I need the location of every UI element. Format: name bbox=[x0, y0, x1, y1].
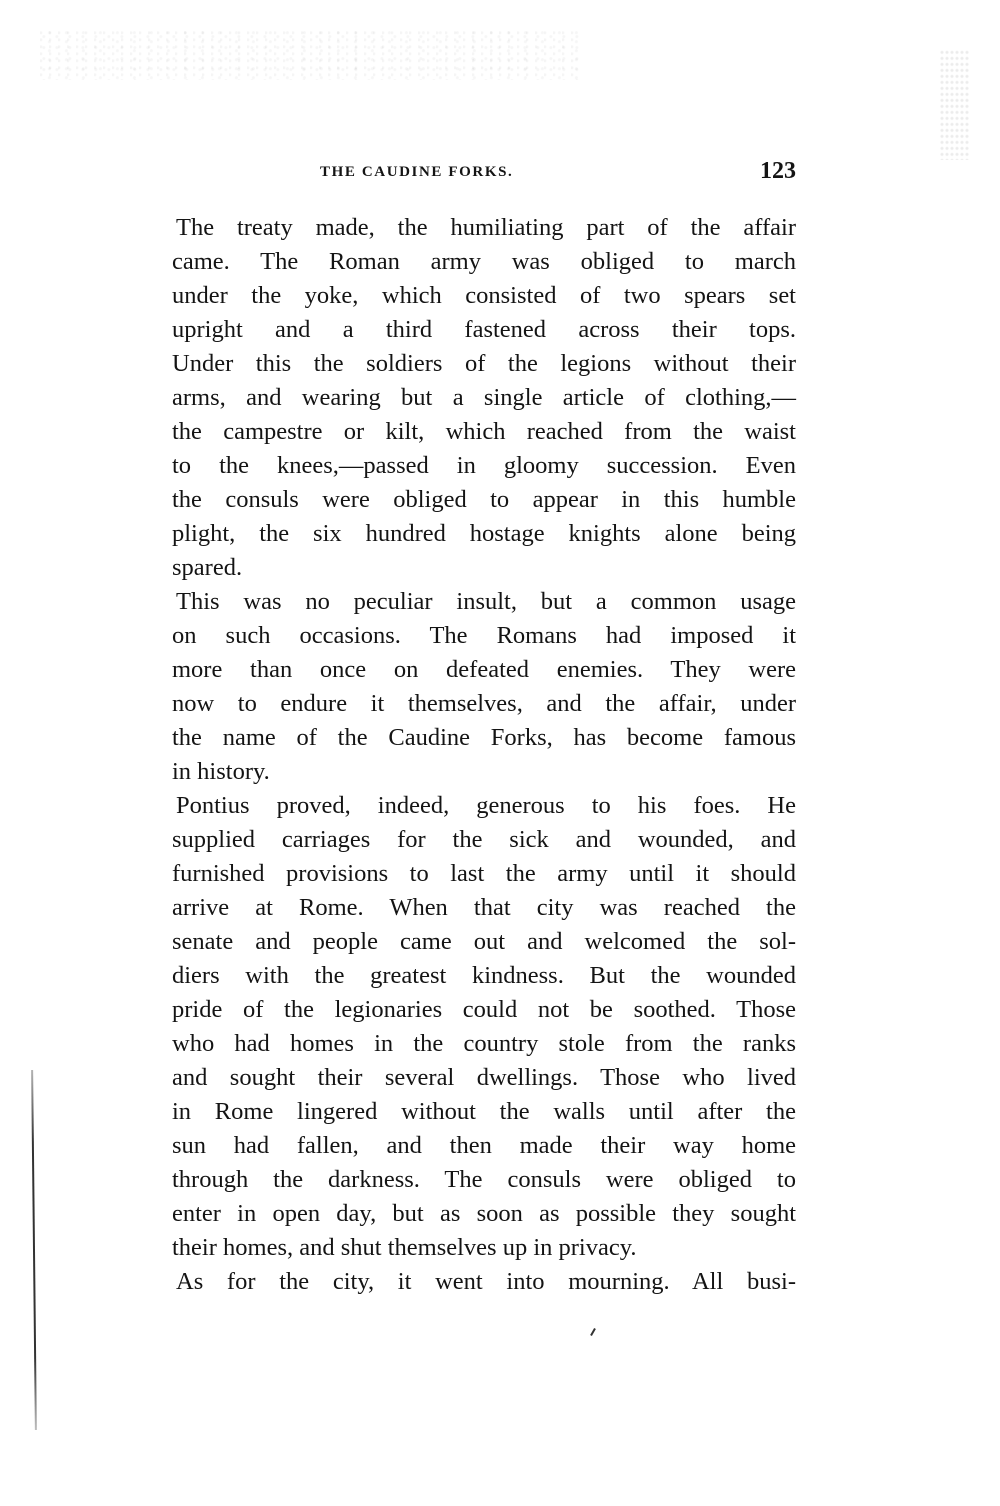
text-line: arms, and wearing but a single article o… bbox=[172, 381, 796, 415]
text-line: arrive at Rome. When that city was reach… bbox=[172, 891, 796, 925]
page-margin-line bbox=[31, 1070, 37, 1430]
text-line: As for the city, it went into mourning. … bbox=[172, 1265, 796, 1299]
text-line: enter in open day, but as soon as possib… bbox=[172, 1197, 796, 1231]
text-line: through the darkness. The consuls were o… bbox=[172, 1163, 796, 1197]
stray-ink-mark bbox=[590, 1328, 596, 1336]
text-line: Pontius proved, indeed, generous to his … bbox=[172, 789, 796, 823]
text-line: the consuls were obliged to appear in th… bbox=[172, 483, 796, 517]
text-line: to the knees,—passed in gloomy successio… bbox=[172, 449, 796, 483]
body-text: The treaty made, the humiliating part of… bbox=[172, 211, 796, 1299]
text-line: their homes, and shut themselves up in p… bbox=[172, 1231, 796, 1265]
text-line: spared. bbox=[172, 551, 796, 585]
text-line: The treaty made, the humiliating part of… bbox=[172, 211, 796, 245]
text-line: furnished provisions to last the army un… bbox=[172, 857, 796, 891]
text-line: and sought their several dwellings. Thos… bbox=[172, 1061, 796, 1095]
text-line: more than once on defeated enemies. They… bbox=[172, 653, 796, 687]
text-line: supplied carriages for the sick and woun… bbox=[172, 823, 796, 857]
page-number: 123 bbox=[760, 158, 796, 185]
text-line: in Rome lingered without the walls until… bbox=[172, 1095, 796, 1129]
running-head: THE CAUDINE FORKS. 123 bbox=[172, 158, 798, 188]
text-line: who had homes in the country stole from … bbox=[172, 1027, 796, 1061]
running-title: THE CAUDINE FORKS. bbox=[320, 164, 513, 181]
text-line: plight, the six hundred hostage knights … bbox=[172, 517, 796, 551]
text-line: came. The Roman army was obliged to marc… bbox=[172, 245, 796, 279]
text-line: under the yoke, which consisted of two s… bbox=[172, 279, 796, 313]
text-line: sun had fallen, and then made their way … bbox=[172, 1129, 796, 1163]
text-line: Under this the soldiers of the legions w… bbox=[172, 347, 796, 381]
text-line: upright and a third fastened across thei… bbox=[172, 313, 796, 347]
text-line: now to endure it themselves, and the aff… bbox=[172, 687, 796, 721]
scan-noise-right-edge bbox=[940, 50, 970, 160]
text-line: senate and people came out and welcomed … bbox=[172, 925, 796, 959]
text-line: the campestre or kilt, which reached fro… bbox=[172, 415, 796, 449]
text-line: This was no peculiar insult, but a commo… bbox=[172, 585, 796, 619]
text-line: in history. bbox=[172, 755, 796, 789]
text-line: the name of the Caudine Forks, has becom… bbox=[172, 721, 796, 755]
text-line: pride of the legionaries could not be so… bbox=[172, 993, 796, 1027]
text-line: diers with the greatest kindness. But th… bbox=[172, 959, 796, 993]
scan-noise-top bbox=[40, 30, 580, 80]
text-line: on such occasions. The Romans had impose… bbox=[172, 619, 796, 653]
